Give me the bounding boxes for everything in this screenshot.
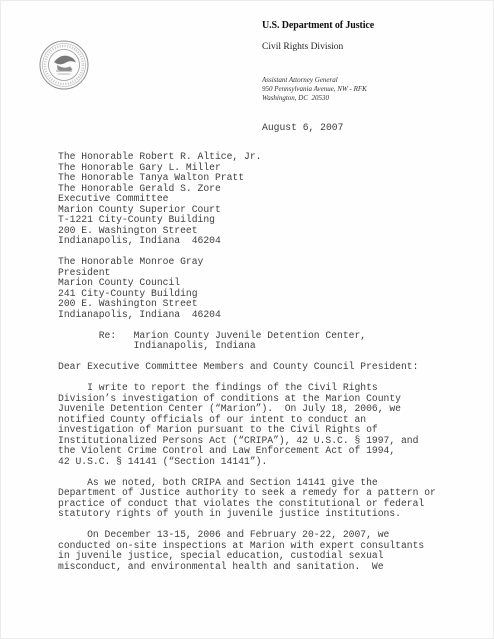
salutation: Dear Executive Committee Members and Cou…	[58, 362, 436, 373]
recipient-block-council: The Honorable Monroe Gray President Mari…	[58, 257, 436, 320]
letterhead-agency: U.S. Department of Justice	[262, 20, 374, 31]
paragraph-1: I write to report the findings of the Ci…	[58, 383, 436, 467]
re-line: Re: Marion County Juvenile Detention Cen…	[58, 331, 436, 352]
letter-date: August 6, 2007	[262, 122, 343, 133]
letter-body: The Honorable Robert R. Altice, Jr. The …	[58, 152, 436, 572]
paragraph-3: On December 13-15, 2006 and February 20-…	[58, 530, 436, 572]
recipient-block-court: The Honorable Robert R. Altice, Jr. The …	[58, 152, 436, 247]
paragraph-2: As we noted, both CRIPA and Section 1414…	[58, 478, 436, 520]
letter-page: U.S. Department of Justice Civil Rights …	[0, 0, 494, 639]
doj-seal-icon	[38, 39, 90, 91]
letterhead-office-address: Assistant Attorney General 950 Pennsylva…	[262, 76, 367, 103]
letterhead-division: Civil Rights Division	[262, 42, 343, 52]
